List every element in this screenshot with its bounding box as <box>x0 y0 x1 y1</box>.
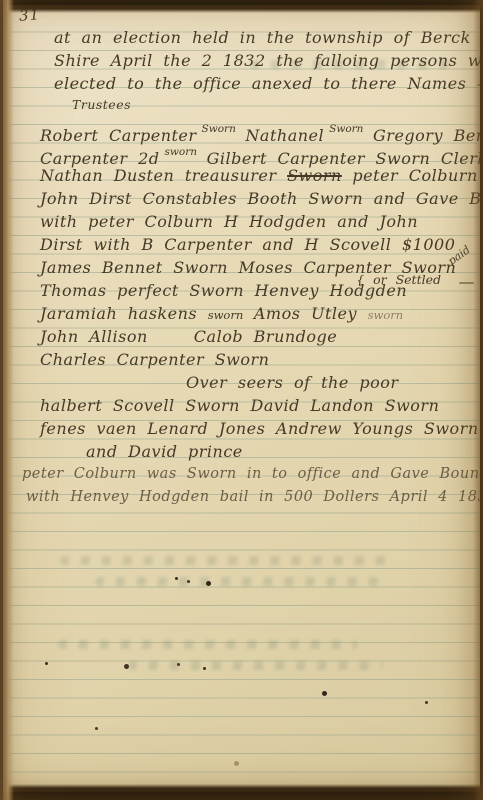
bleed-through-smudge <box>128 661 383 670</box>
handwritten-line: Over seers of the poor <box>40 371 475 394</box>
handwritten-line: peter Colburn was Sworn in to office and… <box>22 463 475 486</box>
handwritten-line: with peter Colburn H Hodgden and John <box>40 210 475 233</box>
struck-out-word: Sworn <box>287 166 342 185</box>
handwritten-line: Jaramiah haskens sworn Amos Utley sworn <box>40 302 475 325</box>
handwritten-line: Dirst with B Carpenter and H Scovell $10… <box>40 233 475 256</box>
binding-top-edge <box>0 0 483 13</box>
text-segment: Thomas perfect Sworn Henvey Hodgden <box>40 281 407 300</box>
text-segment: peter Colburn was Sworn in to office and… <box>22 466 483 482</box>
handwritten-line: Thomas perfect Sworn Henvey Hodgden <box>40 279 475 302</box>
text-segment: Nathan Dusten treausurer <box>40 166 287 185</box>
text-segment: Charles Carpenter Sworn <box>40 350 269 369</box>
binding-left-edge <box>0 0 14 800</box>
text-segment: Dirst with B Carpenter and H Scovell $10… <box>40 235 455 254</box>
text-segment: Amos Utley <box>243 304 367 323</box>
manuscript-text: at an election held in the township of B… <box>40 26 475 509</box>
handwritten-line: halbert Scovell Sworn David Landon Sworn <box>40 394 475 417</box>
bleed-through-smudge <box>95 577 385 586</box>
sworn-notation: sworn <box>368 308 404 322</box>
text-segment: with peter Colburn H Hodgden and John <box>40 212 418 231</box>
binding-bottom-edge <box>0 784 483 800</box>
handwritten-line: and David prince <box>40 440 475 463</box>
handwritten-line: fenes vaen Lenard Jones Andrew Youngs Sw… <box>40 417 475 440</box>
section-heading-overseers: Over seers of the poor <box>186 373 399 392</box>
handwritten-line: John AllisonCalob Brundoge <box>40 325 475 348</box>
text-segment: Shire April the 2 1832 the falloing pers… <box>54 51 483 70</box>
handwritten-line: elected to the office anexed to there Na… <box>40 72 475 95</box>
text-segment: John Allison <box>40 327 148 346</box>
text-segment: fenes vaen Lenard Jones Andrew Youngs Sw… <box>40 419 479 438</box>
handwritten-line: Shire April the 2 1832 the falloing pers… <box>40 49 475 72</box>
handwritten-line: Carpenter 2dsworn Gilbert Carpenter Swor… <box>40 141 475 164</box>
section-heading-trustees: Trustees <box>72 97 131 112</box>
handwritten-line: at an election held in the township of B… <box>40 26 475 49</box>
bleed-through-smudge <box>58 640 358 649</box>
text-segment: at an election held in the township of B… <box>54 28 471 47</box>
bleed-through-smudge <box>60 556 390 565</box>
text-segment: Jaramiah haskens <box>40 304 208 323</box>
ink-specks <box>175 577 178 580</box>
sworn-notation: Sworn <box>329 123 363 135</box>
handwritten-line: Charles Carpenter Sworn <box>40 348 475 371</box>
text-segment: John Dirst Constables Booth Sworn and Ga… <box>40 189 483 208</box>
sworn-notation: Sworn <box>202 123 236 135</box>
page-right-edge <box>473 0 483 800</box>
text-segment: elected to the office anexed to there Na… <box>54 74 483 93</box>
handwritten-line: Nathan Dusten treausurer Sworn peter Col… <box>40 164 475 187</box>
text-segment: halbert Scovell Sworn David Landon Sworn <box>40 396 439 415</box>
handwritten-line: with Henvey Hodgden bail in 500 Dollers … <box>26 486 475 509</box>
text-segment: peter Colburn <box>342 166 478 185</box>
text-segment: and David prince <box>86 442 243 461</box>
handwritten-line: Robert CarpenterSworn NathanelSworn Greg… <box>40 118 475 141</box>
text-segment: with Henvey Hodgden bail in 500 Dollers … <box>26 489 483 505</box>
handwritten-line: James Bennet Sworn Moses Carpenter Sworn… <box>40 256 475 279</box>
handwritten-line: Trustees <box>40 95 475 118</box>
ledger-page-photo: 31 at an election held in the township o… <box>0 0 483 800</box>
handwritten-line: John Dirst Constables Booth Sworn and Ga… <box>40 187 475 210</box>
sworn-notation: sworn <box>208 308 244 322</box>
text-segment: Calob Brundoge <box>194 327 337 346</box>
sworn-notation: sworn <box>165 146 197 158</box>
